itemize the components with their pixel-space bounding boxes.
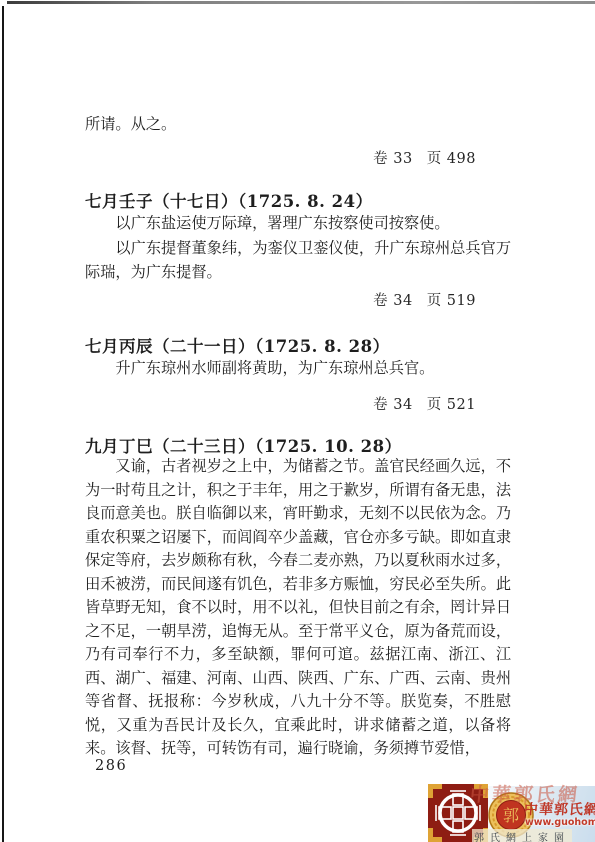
entry-body-2: 升广东琼州水师副将黄助，为广东琼州总兵官。 bbox=[85, 356, 511, 381]
paragraph: 以广东提督董象纬，为銮仪卫銮仪使，升广东琼州总兵官万际瑞，为广东提督。 bbox=[85, 236, 511, 285]
scanned-book-page: 所请。从之。 卷 33页 498 七月壬子（十七日）（1725. 8. 24） … bbox=[0, 0, 595, 842]
medallion-character: 郭 bbox=[503, 806, 519, 825]
citation-volume: 卷 34 bbox=[373, 293, 413, 309]
citation-1: 卷 34页 519 bbox=[85, 289, 511, 310]
citation-volume: 卷 33 bbox=[373, 151, 413, 167]
citation-2: 卷 34页 521 bbox=[85, 393, 511, 414]
entry-body-3: 又谕，古者视岁之上中，为储蓄之节。盖官民经画久远，不为一时苟且之计，积之于丰年，… bbox=[85, 455, 511, 761]
watermark-site-name: 中華郭氏網 bbox=[523, 799, 595, 819]
citation-volume: 卷 34 bbox=[373, 397, 413, 413]
entry-body-1: 以广东盐运使万际璋，署理广东按察使司按察使。 以广东提督董象纬，为銮仪卫銮仪使，… bbox=[85, 211, 511, 285]
citation-lead: 卷 33页 498 bbox=[85, 147, 511, 168]
scan-edge-top bbox=[7, 1, 595, 4]
citation-page: 页 498 bbox=[427, 151, 476, 167]
citation-page: 页 521 bbox=[427, 397, 476, 413]
lead-paragraph: 所请。从之。 bbox=[85, 113, 511, 136]
entry-heading-3: 九月丁巳（二十三日）（1725. 10. 28） bbox=[85, 433, 511, 457]
paragraph: 升广东琼州水师副将黄助，为广东琼州总兵官。 bbox=[85, 356, 511, 381]
page-number: 286 bbox=[95, 758, 127, 774]
paragraph: 以广东盐运使万际璋，署理广东按察使司按察使。 bbox=[85, 211, 511, 236]
paragraph: 又谕，古者视岁之上中，为储蓄之节。盖官民经画久远，不为一时苟且之计，积之于丰年，… bbox=[85, 455, 511, 761]
scan-edge-left bbox=[2, 6, 4, 842]
watermark-tagline: 郭氏網上家園 bbox=[472, 829, 572, 842]
citation-page: 页 519 bbox=[427, 293, 476, 309]
watermark: 郭 中華郭氏網 中華郭氏網 www.guohome.org 郭氏網上家園 bbox=[428, 786, 595, 842]
entry-heading-2: 七月丙辰（二十一日）（1725. 8. 28） bbox=[85, 333, 511, 357]
entry-heading-1: 七月壬子（十七日）（1725. 8. 24） bbox=[85, 188, 511, 212]
watermark-url: www.guohome.org bbox=[525, 817, 595, 828]
